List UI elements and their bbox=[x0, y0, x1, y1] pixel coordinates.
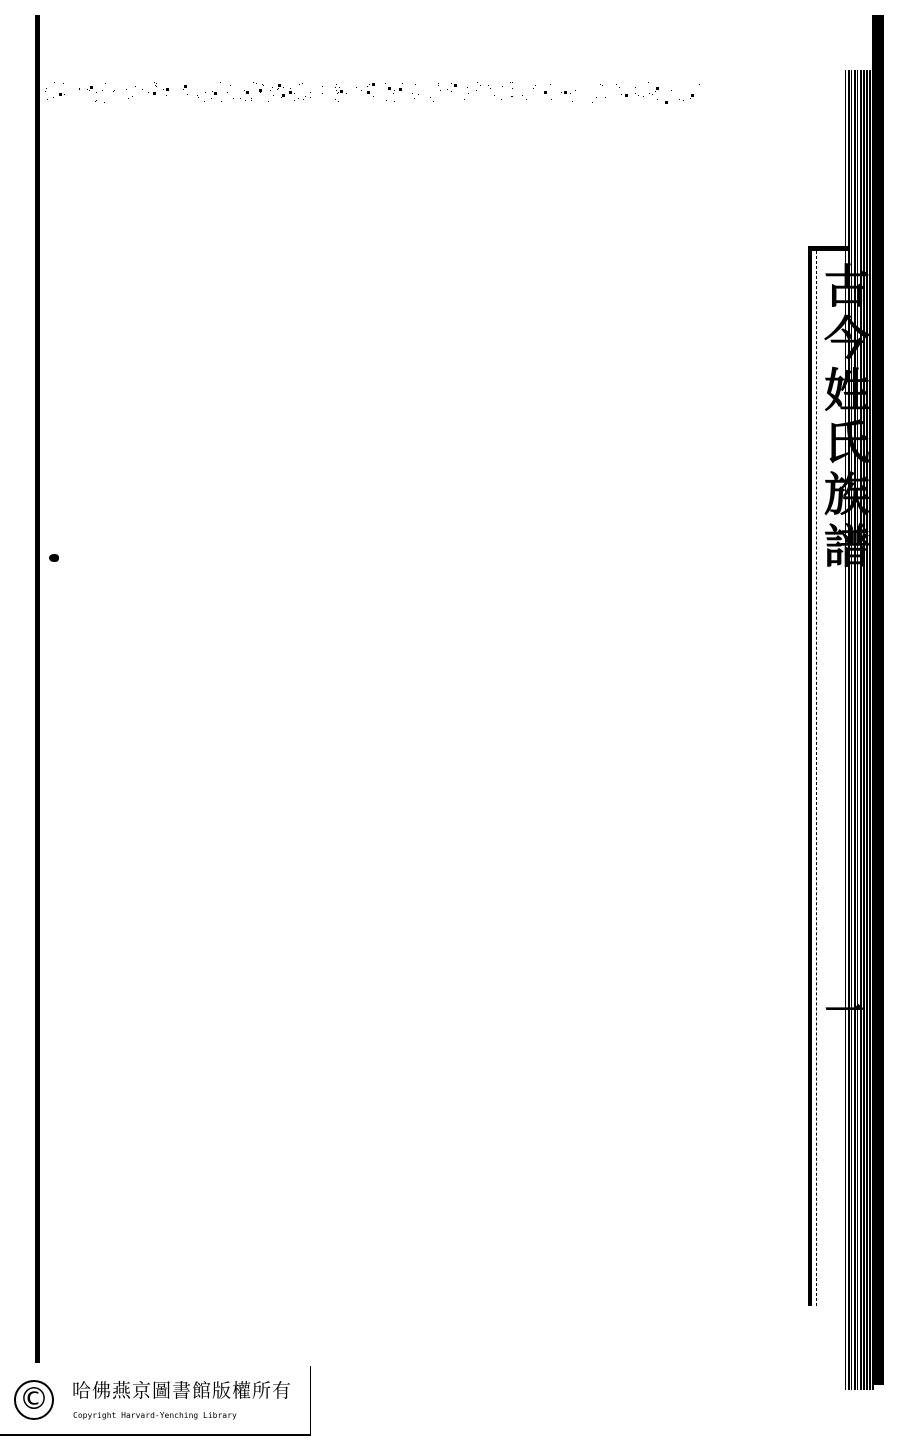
copyright-stamp: © 哈佛燕京圖書館版權所有 Copyright Harvard-Yenching… bbox=[0, 1366, 311, 1436]
bleed-through-speckles bbox=[45, 82, 705, 102]
left-binding-edge bbox=[35, 15, 40, 1363]
copyright-text-cjk: 哈佛燕京圖書館版權所有 bbox=[72, 1376, 292, 1403]
copyright-icon: © bbox=[14, 1380, 54, 1420]
copyright-text-en: Copyright Harvard-Yenching Library bbox=[73, 1411, 237, 1420]
book-title: 古今姓氏族譜 bbox=[818, 262, 870, 574]
right-book-edge bbox=[872, 15, 884, 1385]
ink-blot bbox=[49, 554, 59, 562]
scanned-page: 古今姓氏族譜 一 © 哈佛燕京圖書館版權所有 Copyright Harvard… bbox=[0, 0, 900, 1440]
volume-marker: 一 bbox=[818, 990, 870, 1030]
